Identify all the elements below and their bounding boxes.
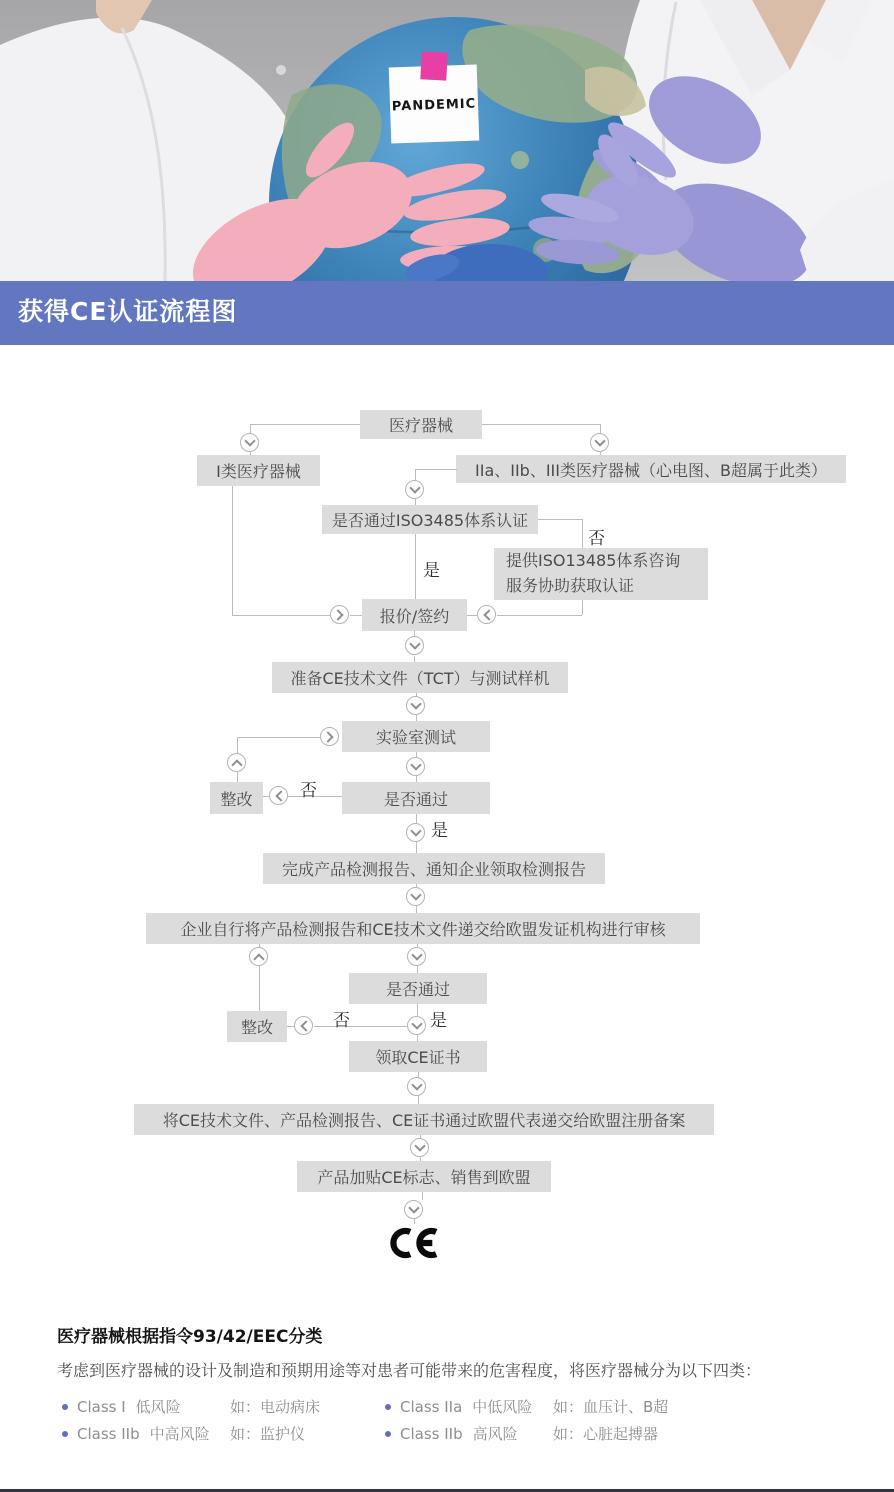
class-example: 如：心脏起搏器 [553,1423,658,1444]
flow-node-medical-device: 医疗器械 [360,410,482,439]
pandemic-note-label: PANDEMIC [392,97,477,115]
arrow-down-icon [590,433,609,452]
flow-line [420,1157,421,1161]
arrow-down-icon [410,1138,429,1157]
arrow-left-icon [294,1016,313,1035]
arrow-up-icon [227,753,246,772]
class-example: 如：血压计、B超 [553,1396,668,1417]
classification-item: Class IIb中高风险 如：监护仪 [62,1423,305,1444]
edge-label-yes: 是 [430,1006,447,1031]
classification-item: Class IIa中低风险 如：血压计、B超 [385,1396,668,1417]
classification-item: Class I低风险 如：电动病床 [62,1396,320,1417]
arrow-down-icon [406,696,425,715]
flow-node-get-cert: 领取CE证书 [349,1041,487,1072]
photo-illustration: PANDEMIC [0,0,894,281]
flow-line [350,615,362,616]
classification-title: 医疗器械根据指令93/42/EEC分类 [57,1322,322,1347]
arrow-right-icon [320,727,339,746]
flow-line [417,1004,418,1016]
flow-line [600,452,601,455]
arrow-down-icon [405,636,424,655]
class-name: Class IIb [400,1425,463,1443]
flow-line [232,615,330,616]
page: PANDEMIC [0,0,894,1492]
flow-line [237,772,238,782]
flow-line [237,737,320,738]
class-name: Class IIb [77,1425,140,1443]
bullet-dot-icon [62,1404,68,1410]
class-example: 如：电动病床 [230,1396,320,1417]
flow-node-rectify-2: 整改 [227,1011,287,1042]
flow-line [259,966,260,1011]
flow-line [416,906,417,913]
flow-node-iso-check: 是否通过ISO3485体系认证 [322,505,538,534]
flow-line [415,499,416,505]
flow-line [414,656,415,662]
flow-line [237,737,238,754]
class-name: Class I [77,1398,126,1416]
class-risk: 高风险 [473,1425,518,1443]
pink-pin [420,51,447,80]
flow-node-class1: I类医疗器械 [197,455,320,486]
bullet-dot-icon [385,1431,391,1437]
arrow-left-icon [477,605,496,624]
flow-line [416,842,417,853]
flow-node-submit-review: 企业自行将产品检测报告和CE技术文件递交给欧盟发证机构进行审核 [146,913,700,944]
flow-line [582,600,583,615]
flow-node-iso-consult: 提供ISO13485体系咨询服务协助获取认证 [494,548,708,600]
bullet-dot-icon [385,1404,391,1410]
flow-line [415,534,416,599]
flow-line [232,486,233,615]
edge-label-no: 否 [333,1006,350,1031]
flow-line [417,1035,418,1041]
flow-line [416,715,417,721]
arrow-down-icon [240,433,259,452]
flow-line [497,615,582,616]
flow-line [416,776,417,782]
flow-line [416,814,417,823]
flow-line [538,519,582,520]
arrow-down-icon [406,823,425,842]
flow-node-report-done: 完成产品检测报告、通知企业领取检测报告 [263,853,605,884]
flow-node-rectify-1: 整改 [210,782,263,814]
flow-node-quote-sign: 报价/签约 [362,599,467,631]
page-title: 获得CE认证流程图 [0,281,894,327]
flow-node-pass-check-1: 是否通过 [342,782,490,814]
flow-node-sell-eu: 产品加贴CE标志、销售到欧盟 [297,1161,551,1192]
flow-line [582,519,583,548]
arrow-down-icon [406,887,425,906]
arrow-down-icon [405,480,424,499]
edge-label-yes: 是 [431,816,448,841]
flow-node-iso-consult-text: 提供ISO13485体系咨询服务协助获取认证 [506,549,696,599]
class-risk: 中低风险 [472,1398,532,1416]
edge-label-yes: 是 [423,556,440,581]
arrow-down-icon [407,1077,426,1096]
arrow-down-icon [407,947,426,966]
flow-node-pass-check-2: 是否通过 [349,973,487,1004]
flow-line [418,1096,419,1104]
ce-mark-icon [388,1224,440,1262]
classification-intro: 考虑到医疗器械的设计及制造和预期用途等对患者可能带来的危害程度，将医疗器械分为以… [57,1358,761,1381]
flow-node-register-eu: 将CE技术文件、产品检测报告、CE证书通过欧盟代表递交给欧盟注册备案 [134,1104,714,1135]
arrow-left-icon [269,786,288,805]
flow-line [287,1026,294,1027]
flow-line [417,966,418,973]
arrow-down-icon [406,757,425,776]
edge-label-no: 否 [300,776,317,801]
flow-line [415,469,457,470]
flow-line [314,1026,407,1027]
flow-line [250,424,360,425]
flow-line [467,615,477,616]
arrow-right-icon [330,605,349,624]
arrow-down-icon [404,1200,423,1219]
flow-node-lab-test: 实验室测试 [342,721,490,752]
flow-node-prepare-tct: 准备CE技术文件（TCT）与测试样机 [272,662,568,693]
class-name: Class IIa [400,1398,462,1416]
classification-item: Class IIb高风险 如：心脏起搏器 [385,1423,658,1444]
edge-label-no: 否 [588,524,605,549]
flow-line [482,424,600,425]
arrow-down-icon [407,1016,426,1035]
title-band: 获得CE认证流程图 [0,281,894,345]
flow-node-class2-3: IIa、IIb、III类医疗器械（心电图、B超属于此类） [456,455,846,483]
class-risk: 中高风险 [150,1425,210,1443]
flow-line [422,1192,423,1200]
class-risk: 低风险 [136,1398,181,1416]
photo-banner: PANDEMIC [0,0,894,281]
class-example: 如：监护仪 [230,1423,305,1444]
arrow-up-icon [249,947,268,966]
flow-line [250,452,251,455]
bullet-dot-icon [62,1431,68,1437]
